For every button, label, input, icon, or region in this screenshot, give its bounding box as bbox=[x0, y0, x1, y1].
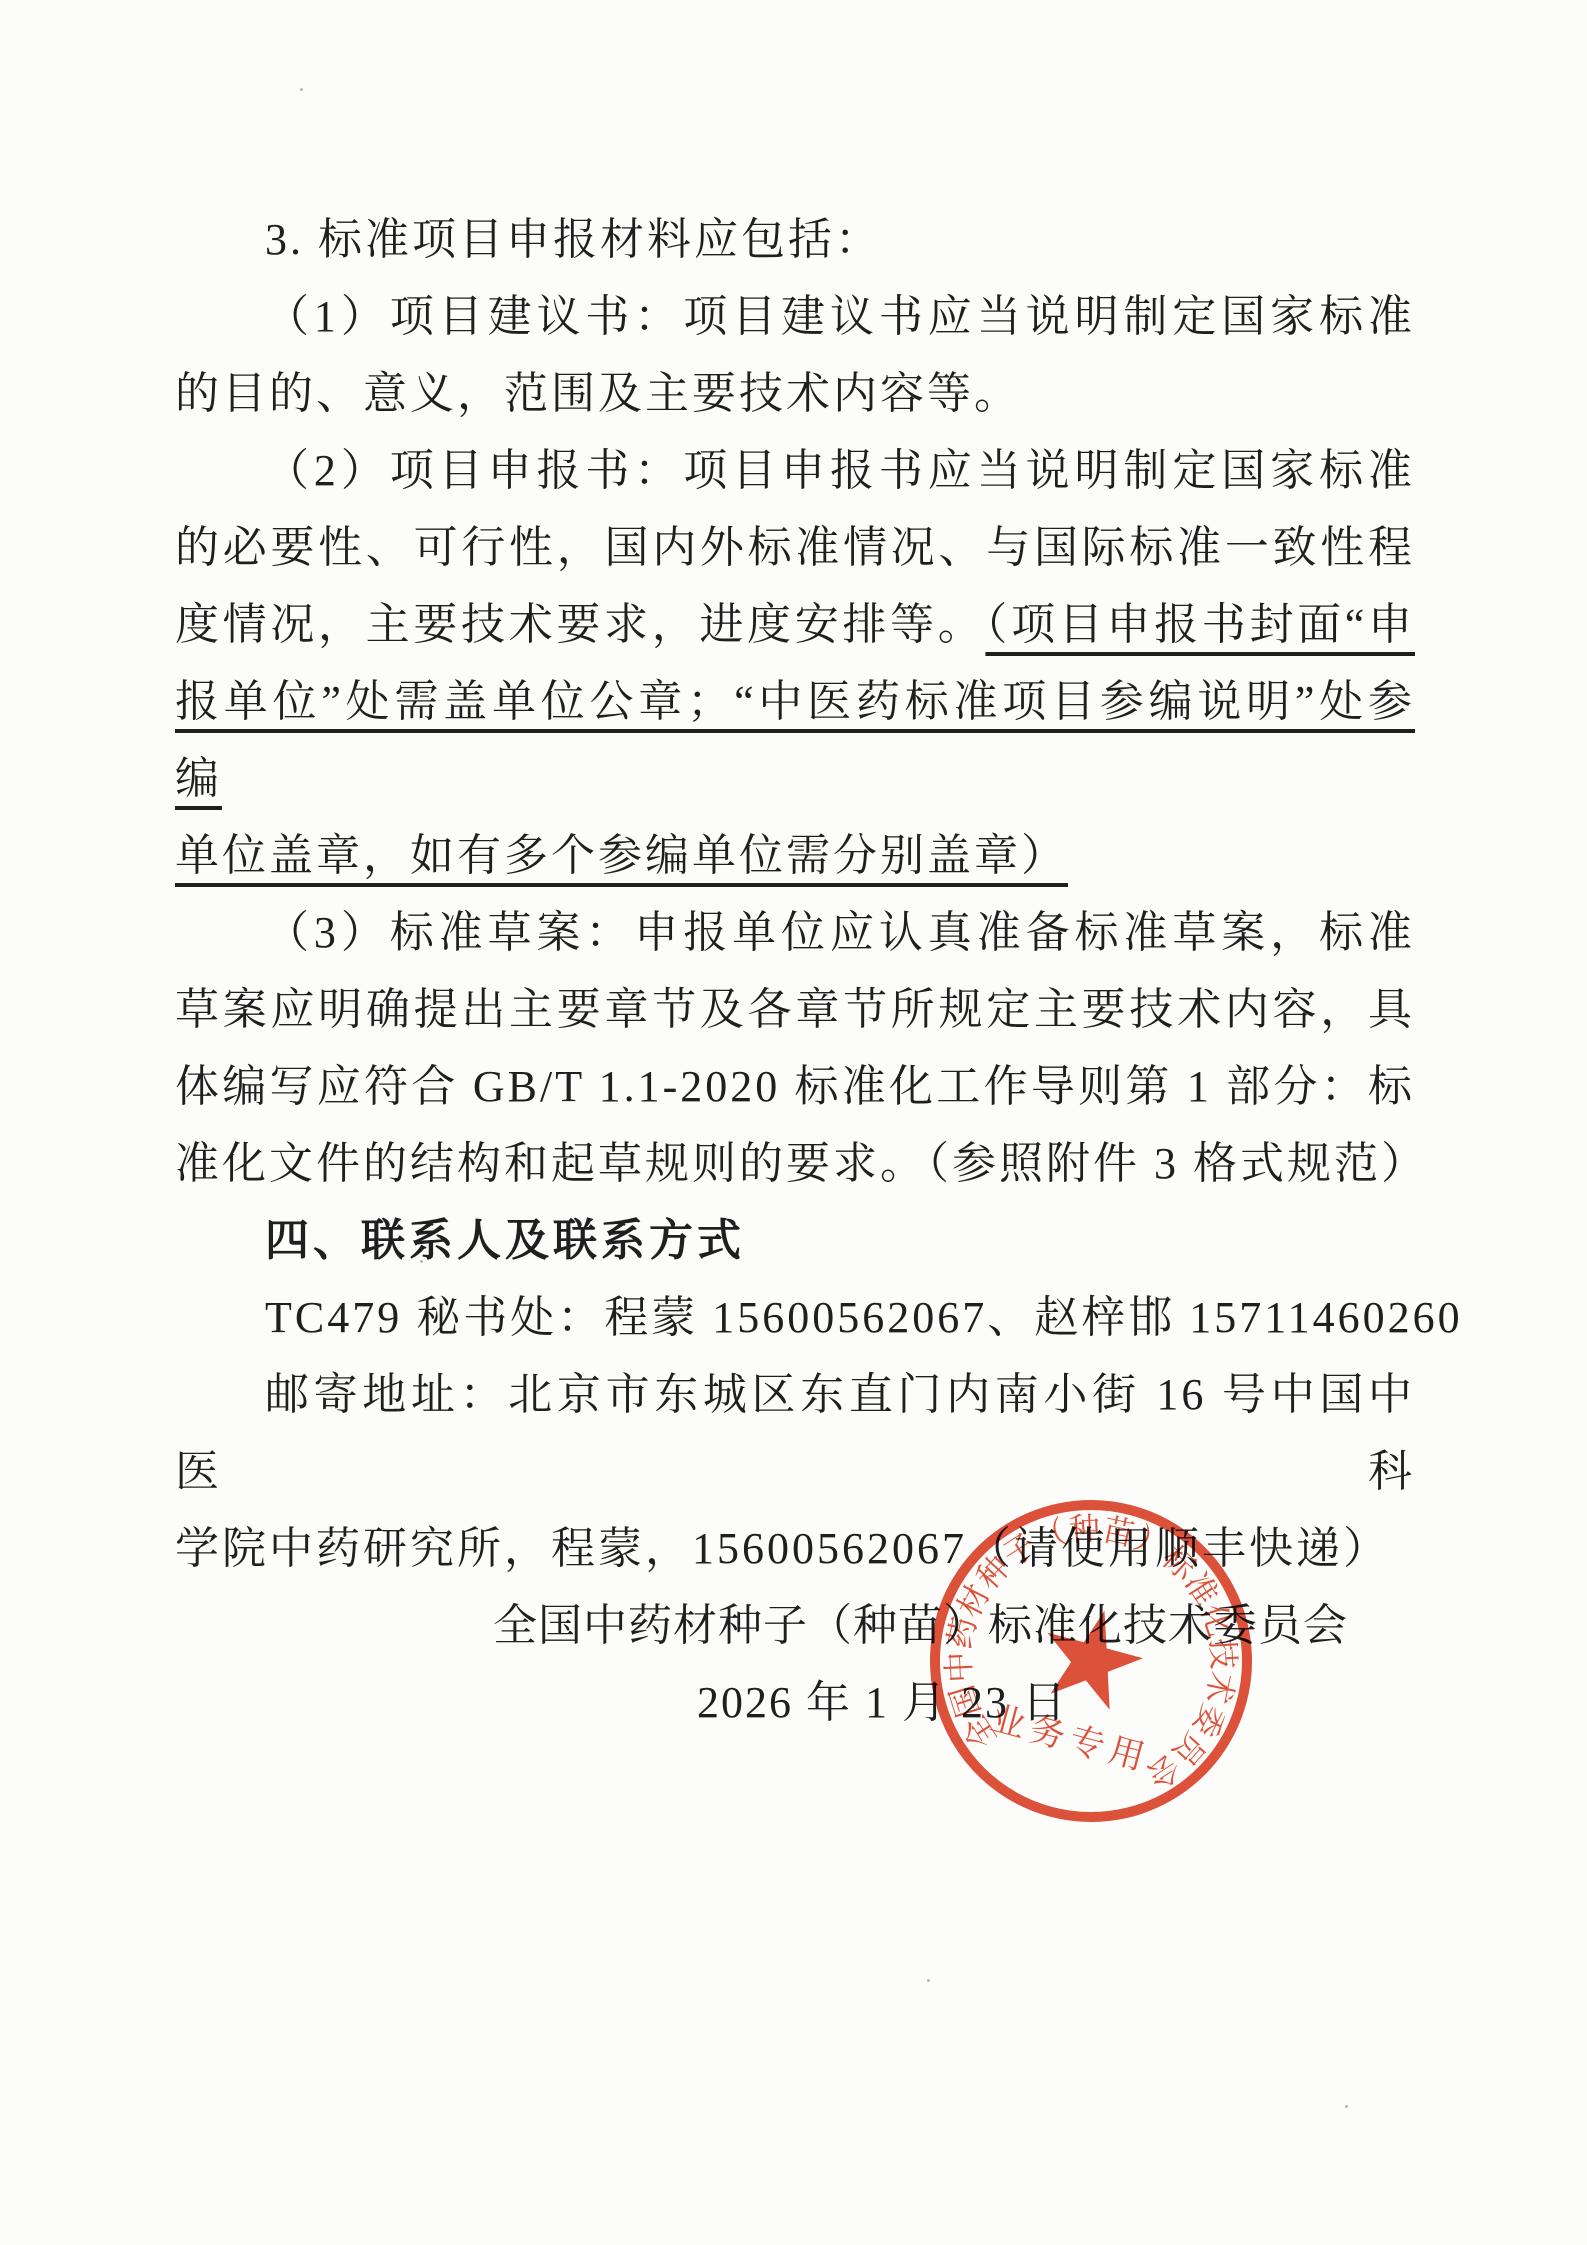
document-page: 3. 标准项目申报材料应包括：（1）项目建议书：项目建议书应当说明制定国家标准的… bbox=[0, 0, 1587, 2245]
text-segment: 草案应明确提出主要章节及各章节所规定主要技术内容，具 bbox=[175, 985, 1415, 1034]
item1-line2: 的目的、意义，范围及主要技术内容等。 bbox=[175, 355, 1415, 432]
text-segment: 度情况，主要技术要求，进度安排等。 bbox=[175, 600, 985, 649]
contacts-line3: 学院中药研究所，程蒙，15600562067（请使用顺丰快递） bbox=[175, 1510, 1415, 1587]
item2-line4: 报单位”处需盖单位公章；“中医药标准项目参编说明”处参编 bbox=[175, 663, 1415, 817]
underlined-text-segment: 单位盖章，如有多个参编单位需分别盖章） bbox=[175, 831, 1068, 880]
text-segment: 四、联系人及联系方式 bbox=[265, 1216, 745, 1265]
text-segment: 邮寄地址：北京市东城区东直门内南小街 16 号中国中医科 bbox=[175, 1370, 1415, 1496]
scan-speck bbox=[927, 1979, 930, 1982]
text-segment: （3）标准草案：申报单位应认真准备标准草案，标准 bbox=[265, 908, 1415, 957]
contacts-line2: 邮寄地址：北京市东城区东直门内南小街 16 号中国中医科 bbox=[175, 1356, 1415, 1510]
text-segment: 的必要性、可行性，国内外标准情况、与国际标准一致性程 bbox=[175, 523, 1415, 572]
signature-block: 全国中药材种子（种苗）标准化技术委员会 2026 年 1 月 23 日 bbox=[175, 1587, 1415, 1741]
scan-speck bbox=[1345, 2105, 1348, 2108]
text-segment: TC479 秘书处：程蒙 15600562067、赵梓邯 15711460260 bbox=[265, 1293, 1463, 1342]
text-segment: 3. 标准项目申报材料应包括： bbox=[265, 215, 882, 264]
materials-heading-line: 3. 标准项目申报材料应包括： bbox=[175, 201, 1415, 278]
signature-date-line: 2026 年 1 月 23 日 bbox=[175, 1664, 1415, 1741]
item1-line1: （1）项目建议书：项目建议书应当说明制定国家标准 bbox=[175, 278, 1415, 355]
item2-line2: 的必要性、可行性，国内外标准情况、与国际标准一致性程 bbox=[175, 509, 1415, 586]
item3-line4: 准化文件的结构和起草规则的要求。（参照附件 3 格式规范） bbox=[175, 1125, 1415, 1202]
text-segment: （2）项目申报书：项目申报书应当说明制定国家标准 bbox=[265, 446, 1415, 495]
item3-line3: 体编写应符合 GB/T 1.1-2020 标准化工作导则第 1 部分：标 bbox=[175, 1048, 1415, 1125]
underlined-text-segment: （项目申报书封面“申 bbox=[985, 600, 1415, 649]
section-heading-contacts: 四、联系人及联系方式 bbox=[175, 1202, 1415, 1279]
scan-speck bbox=[300, 88, 303, 91]
signature-org-line: 全国中药材种子（种苗）标准化技术委员会 bbox=[175, 1587, 1415, 1664]
item2-line5: 单位盖章，如有多个参编单位需分别盖章） bbox=[175, 817, 1415, 894]
document-body: 3. 标准项目申报材料应包括：（1）项目建议书：项目建议书应当说明制定国家标准的… bbox=[175, 201, 1415, 1587]
contacts-line1: TC479 秘书处：程蒙 15600562067、赵梓邯 15711460260 bbox=[175, 1279, 1415, 1356]
item3-line2: 草案应明确提出主要章节及各章节所规定主要技术内容，具 bbox=[175, 971, 1415, 1048]
item3-line1: （3）标准草案：申报单位应认真准备标准草案，标准 bbox=[175, 894, 1415, 971]
text-segment: （1）项目建议书：项目建议书应当说明制定国家标准 bbox=[265, 292, 1415, 341]
underlined-text-segment: 报单位”处需盖单位公章；“中医药标准项目参编说明”处参编 bbox=[175, 677, 1415, 803]
text-segment: 学院中药研究所，程蒙，15600562067（请使用顺丰快递） bbox=[175, 1524, 1390, 1573]
text-segment: 的目的、意义，范围及主要技术内容等。 bbox=[175, 369, 1021, 418]
scan-speck bbox=[420, 1260, 423, 1263]
item2-line1: （2）项目申报书：项目申报书应当说明制定国家标准 bbox=[175, 432, 1415, 509]
item2-line3: 度情况，主要技术要求，进度安排等。（项目申报书封面“申 bbox=[175, 586, 1415, 663]
text-segment: 准化文件的结构和起草规则的要求。（参照附件 3 格式规范） bbox=[175, 1139, 1428, 1188]
text-segment: 体编写应符合 GB/T 1.1-2020 标准化工作导则第 1 部分：标 bbox=[175, 1062, 1415, 1111]
